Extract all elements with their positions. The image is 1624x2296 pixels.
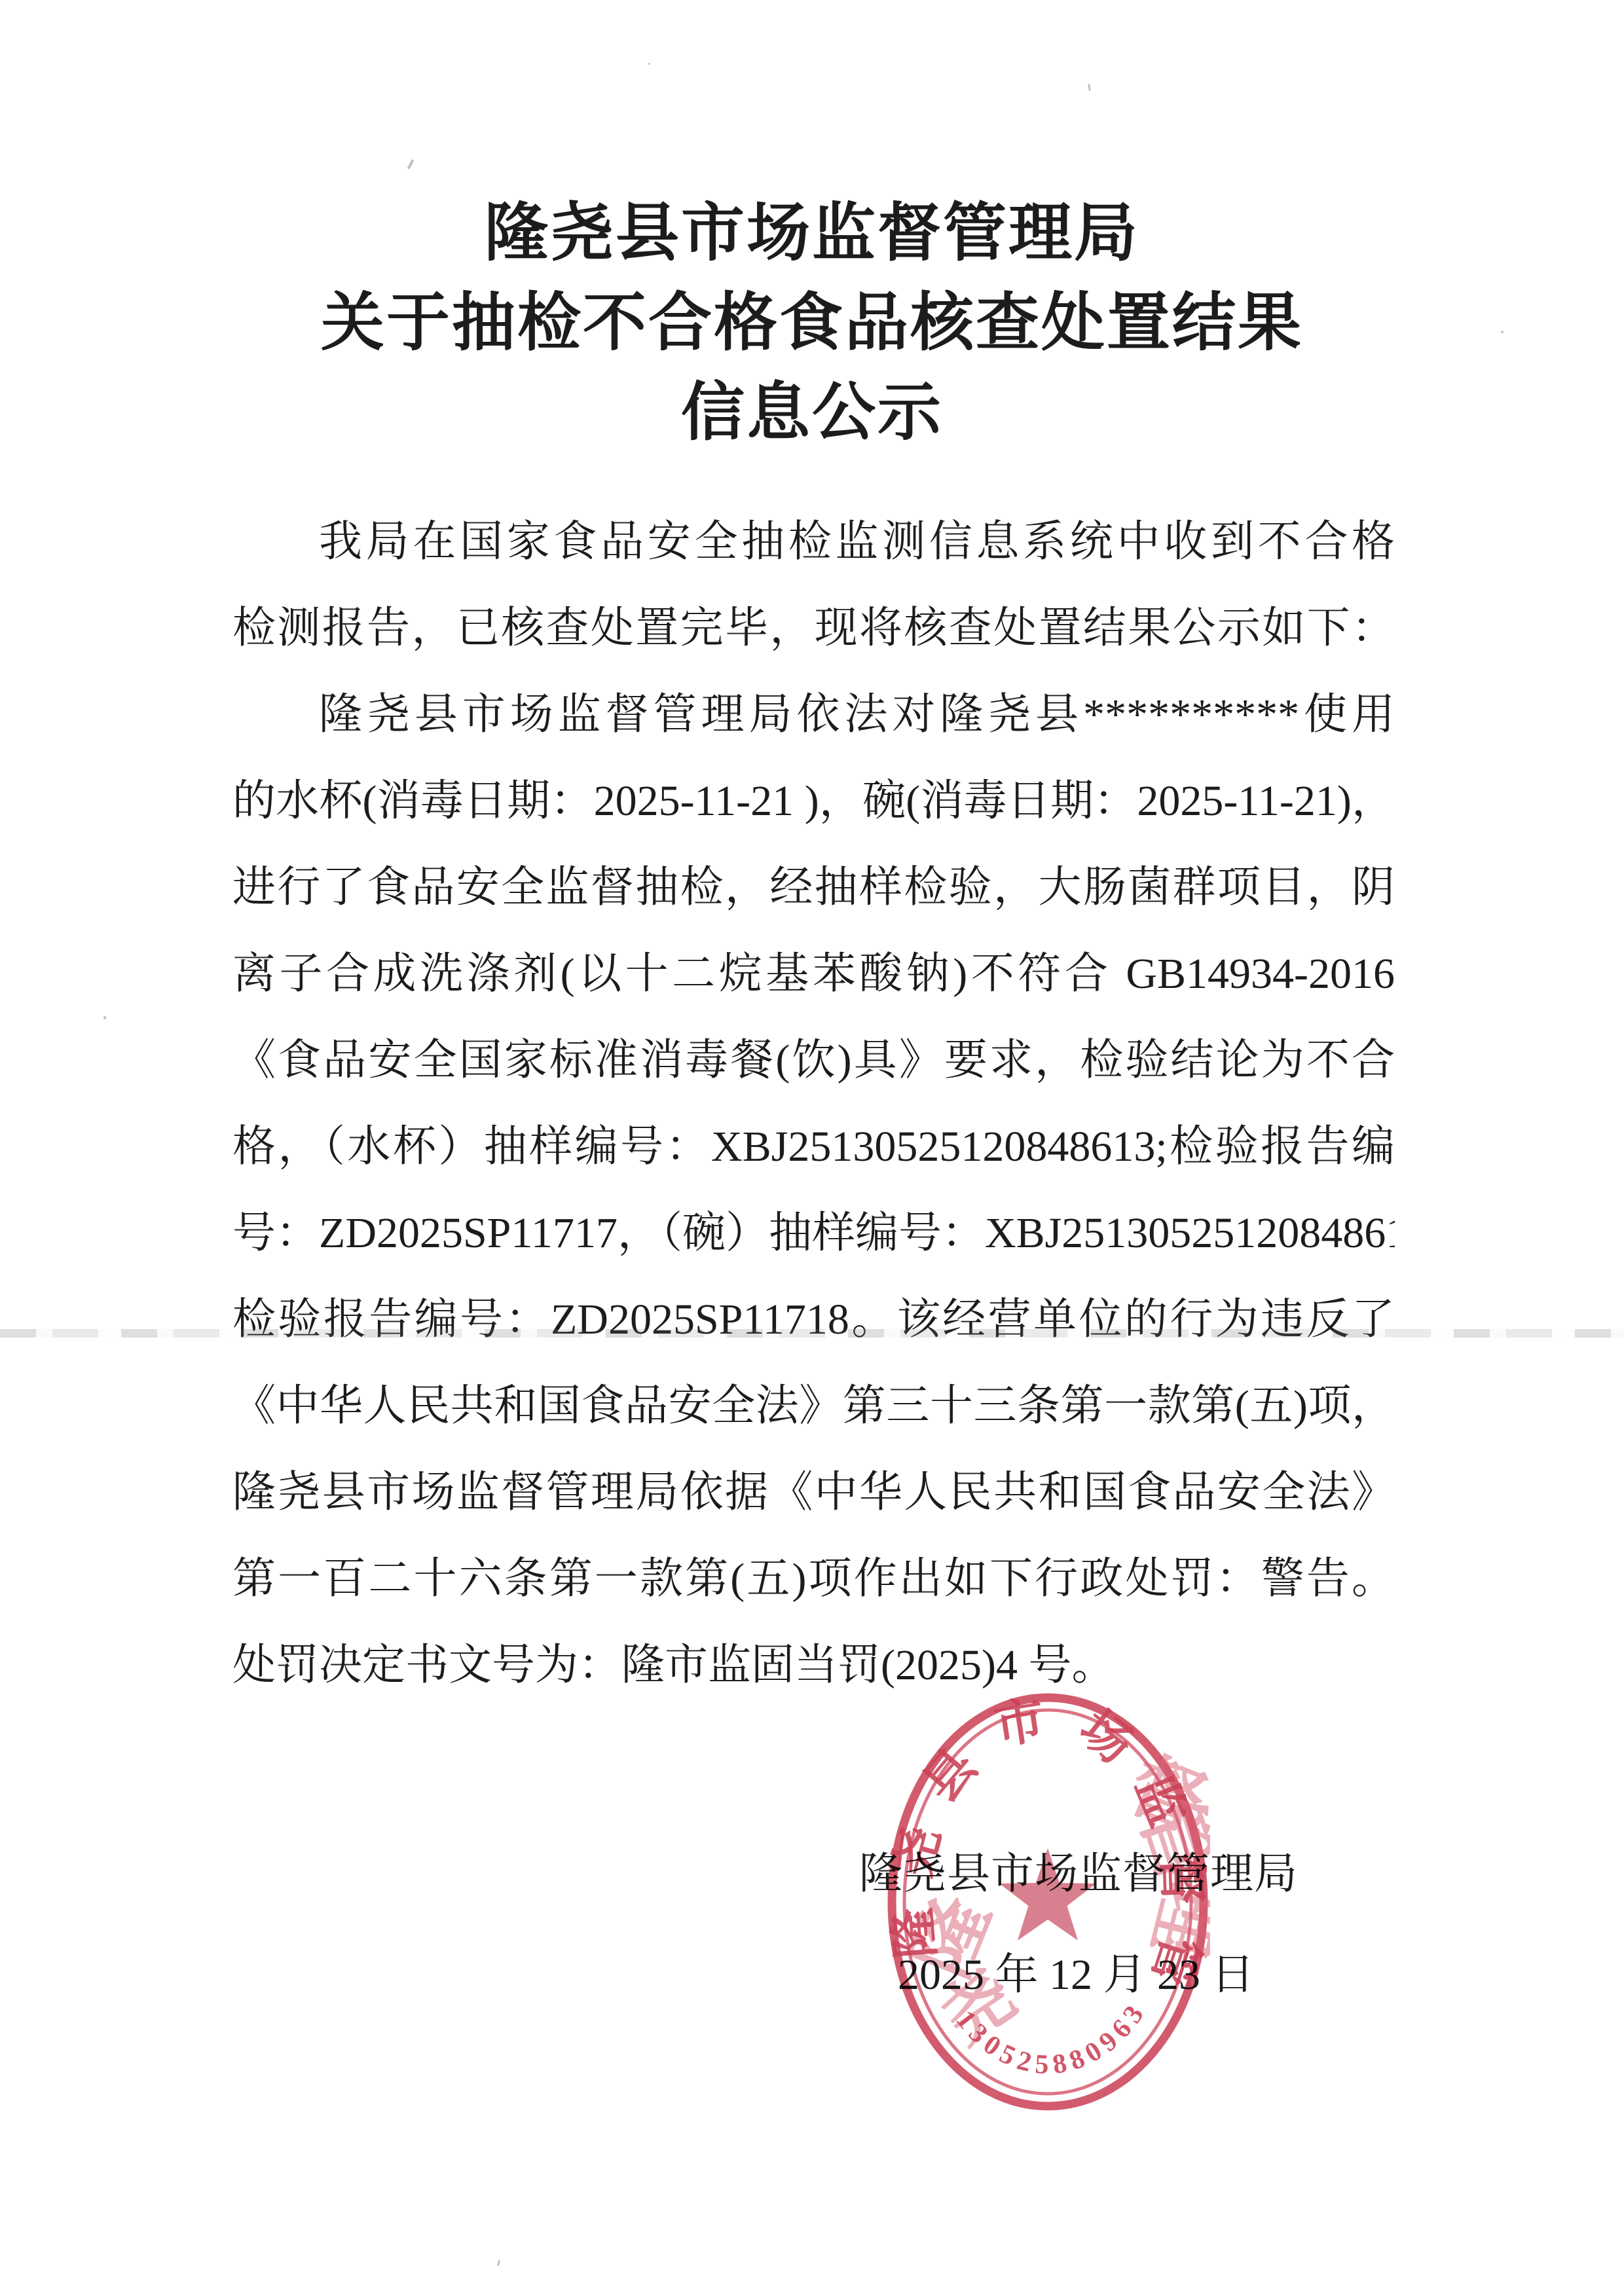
body-line: 隆尧县市场监督管理局依据《中华人民共和国食品安全法》 [232, 1449, 1395, 1536]
page-title-line-1: 隆尧县市场监督管理局 [0, 189, 1624, 278]
title-block: 隆尧县市场监督管理局 关于抽检不合格食品核查处置结果 信息公示 [0, 189, 1624, 458]
scan-speck [407, 159, 414, 170]
seal-inner-ring [904, 1710, 1191, 2094]
body-line: 检测报告，已核查处置完毕，现将核查处置结果公示如下： [232, 585, 1395, 672]
body-line: 格，（水杯）抽样编号：XBJ25130525120848613;检验报告编 [232, 1104, 1395, 1190]
seal-ghost-char: 督 [1118, 1743, 1210, 1846]
body-line: 离子合成洗涤剂(以十二烷基苯酸钠)不符合 GB14934-2016 [232, 931, 1395, 1017]
seal-ghost-impression: 督 管 理 隆 尧 [898, 1743, 1210, 2058]
page-title-line-2: 关于抽检不合格食品核查处置结果 [0, 278, 1624, 368]
official-seal: 督 管 理 隆 尧 隆尧县市场监督管理局 1305258809631 [886, 1691, 1210, 2113]
seal-outer-ring [892, 1698, 1204, 2106]
scan-artifact-line [0, 1329, 1624, 1338]
scan-speck [648, 63, 650, 65]
body-line: 的水杯(消毒日期：2025-11-21 )，碗(消毒日期：2025-11-21)… [232, 758, 1395, 845]
scan-speck [1501, 331, 1504, 333]
signature-date: 2025 年 12 月 23 日 [898, 1939, 1255, 2001]
page-title-line-3: 信息公示 [0, 368, 1624, 458]
body-line: 号：ZD2025SP11717，（碗）抽样编号：XBJ2513052512084… [232, 1190, 1395, 1277]
body-line: 进行了食品安全监督抽检，经抽样检验，大肠菌群项目，阴 [232, 845, 1395, 931]
body-line: 《食品安全国家标准消毒餐(饮)具》要求，检验结论为不合 [232, 1017, 1395, 1104]
scan-speck [1088, 84, 1091, 91]
body-line: 检验报告编号：ZD2025SP11718。该经营单位的行为违反了 [232, 1277, 1395, 1363]
body-line: 第一百二十六条第一款第(五)项作出如下行政处罚：警告。 [232, 1536, 1395, 1622]
body-line: 隆尧县市场监督管理局依法对隆尧县**********使用 [232, 672, 1395, 758]
body-line: 我局在国家食品安全抽检监测信息系统中收到不合格 [232, 499, 1395, 585]
scanned-document-page: 隆尧县市场监督管理局 关于抽检不合格食品核查处置结果 信息公示 我局在国家食品安… [0, 0, 1624, 2296]
signature-org: 隆尧县市场监督管理局 [859, 1838, 1298, 1901]
scan-speck [497, 2260, 500, 2266]
body-paragraph: 我局在国家食品安全抽检监测信息系统中收到不合格 检测报告，已核查处置完毕，现将核… [232, 499, 1395, 1709]
body-line: 《中华人民共和国食品安全法》第三十三条第一款第(五)项， [232, 1363, 1395, 1449]
body-line: 处罚决定书文号为：隆市监固当罚(2025)4 号。 [232, 1622, 1395, 1709]
scan-speck [103, 1016, 106, 1019]
